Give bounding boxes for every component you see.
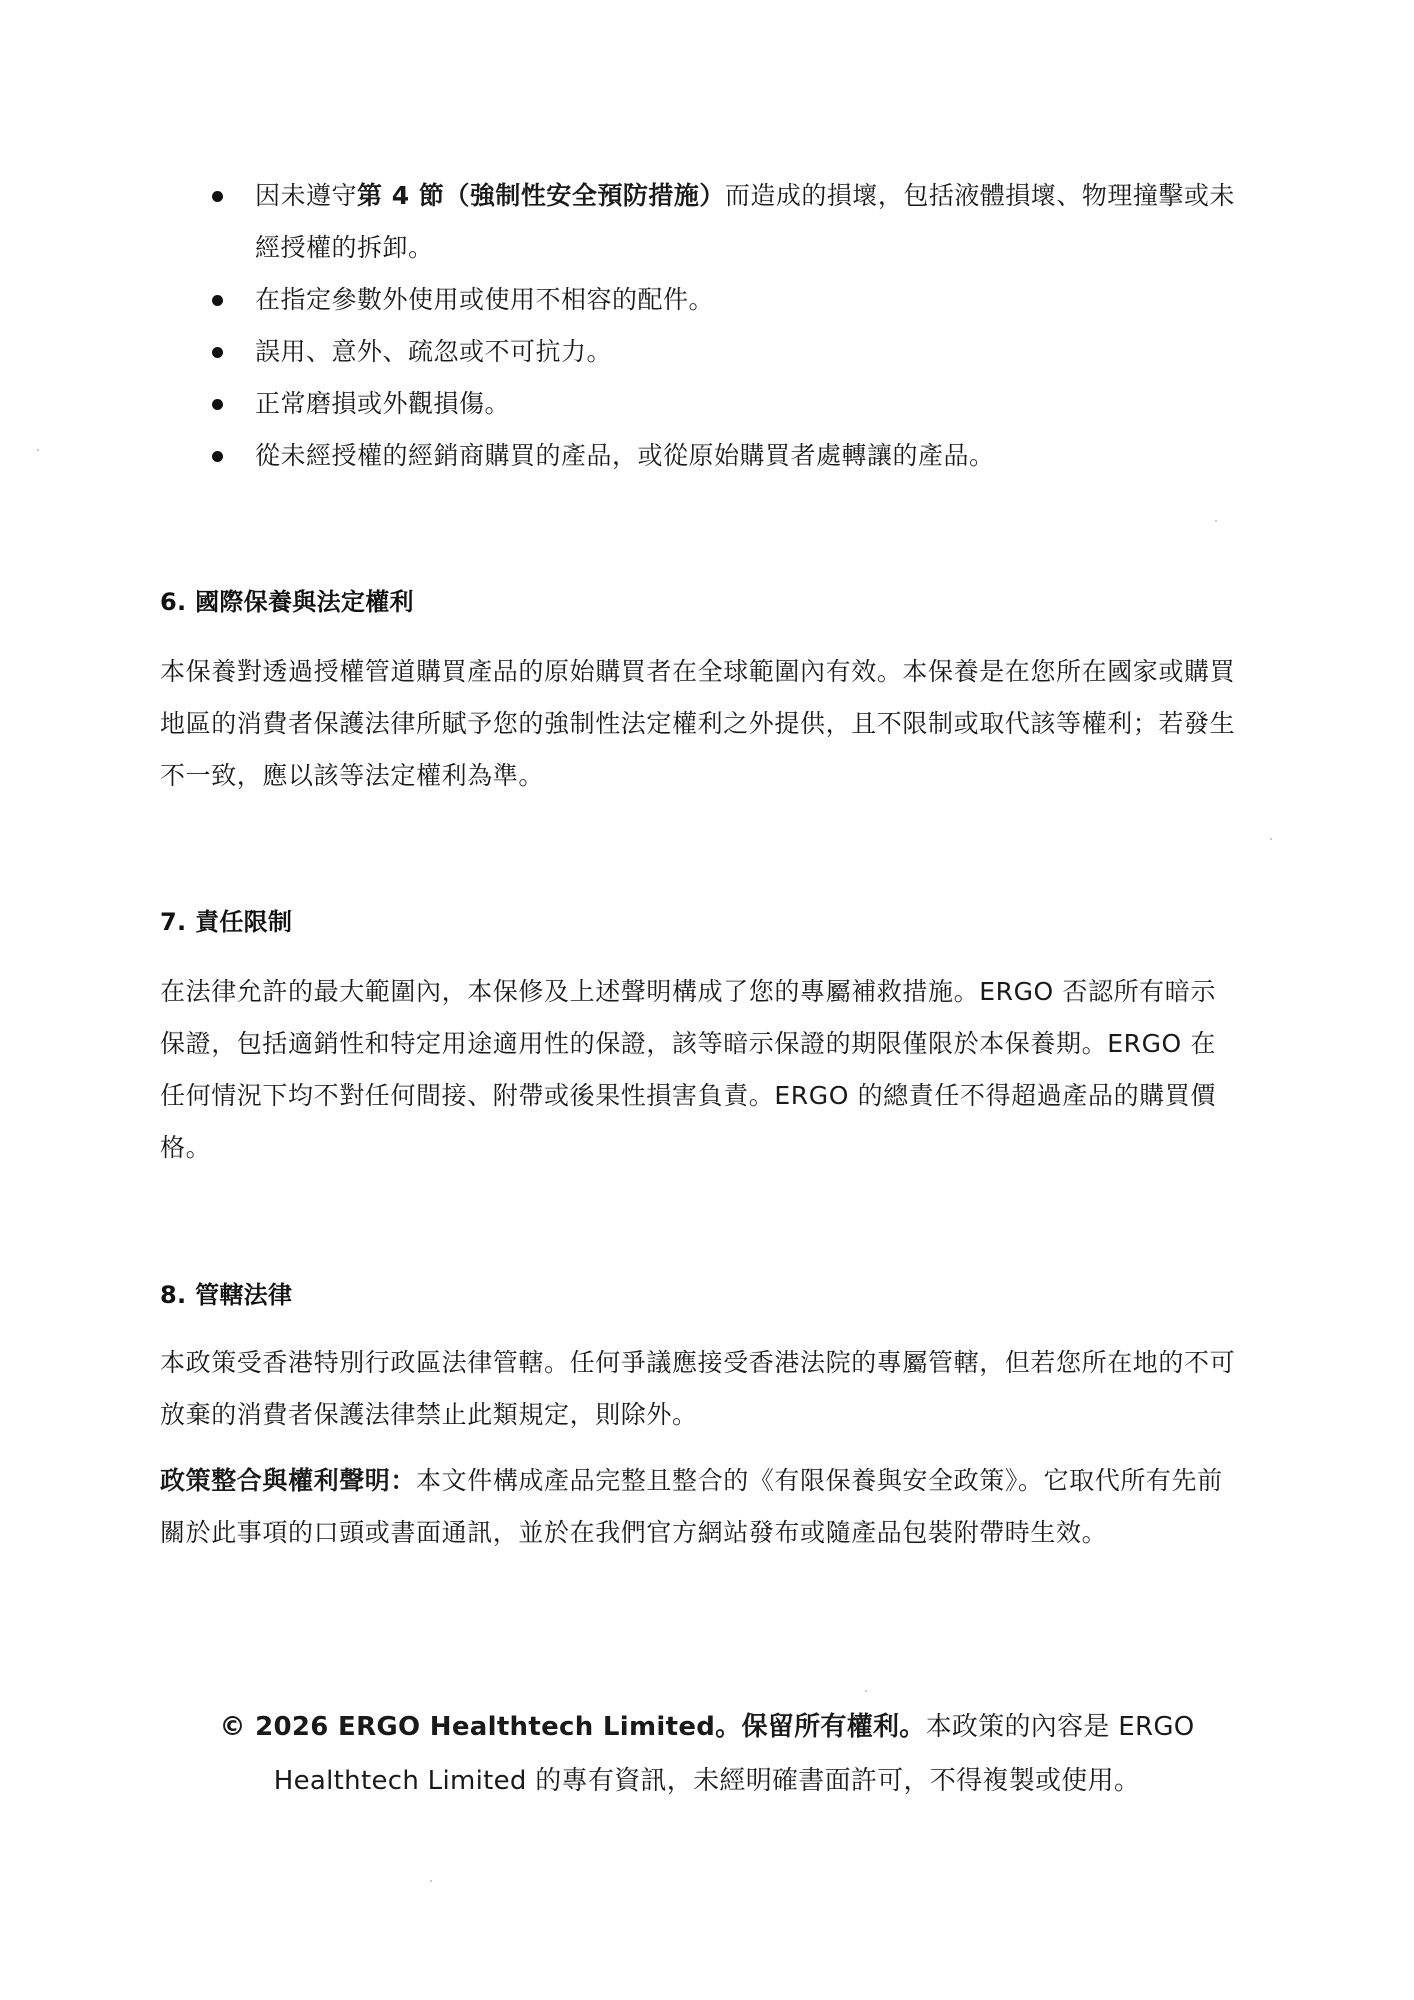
bullet-icon [212, 295, 223, 306]
list-item-bold: 第 4 節（強制性安全預防措施） [357, 181, 725, 210]
list-item: 誤用、意外、疏忽或不可抗力。 [160, 326, 1250, 378]
bullet-icon [212, 191, 223, 202]
list-item-text: 從未經授權的經銷商購買的產品，或從原始購買者處轉讓的產品。 [255, 441, 995, 470]
list-item: 正常磨損或外觀損傷。 [160, 378, 1250, 430]
section-heading-international-warranty: 6. 國際保養與法定權利 [160, 582, 414, 617]
list-item: 在指定參數外使用或使用不相容的配件。 [160, 274, 1250, 326]
section-heading-governing-law: 8. 管轄法律 [160, 1275, 292, 1310]
list-item: 從未經授權的經銷商購買的產品，或從原始購買者處轉讓的產品。 [160, 430, 1250, 482]
policy-note-label: 政策整合與權利聲明： [160, 1466, 416, 1495]
scan-speck [430, 1880, 432, 1882]
scan-speck [1270, 838, 1272, 840]
section-heading-liability: 7. 責任限制 [160, 902, 292, 937]
scan-speck [37, 449, 39, 451]
bullet-icon [212, 399, 223, 410]
exclusions-list: 因未遵守第 4 節（強制性安全預防措施）而造成的損壞，包括液體損壞、物理撞擊或未… [160, 170, 1250, 482]
bullet-icon [212, 451, 223, 462]
section-body-governing-law: 本政策受香港特別行政區法律管轄。任何爭議應接受香港法院的專屬管轄，但若您所在地的… [160, 1337, 1240, 1441]
copyright-bold: © 2026 ERGO Healthtech Limited。保留所有權利。 [219, 1712, 925, 1742]
scan-speck [865, 1690, 867, 1692]
list-item-prefix: 因未遵守 [255, 181, 357, 210]
policy-integration-note: 政策整合與權利聲明：本文件構成產品完整且整合的《有限保養與安全政策》。它取代所有… [160, 1455, 1240, 1559]
section-body-international-warranty: 本保養對透過授權管道購買產品的原始購買者在全球範圍內有效。本保養是在您所在國家或… [160, 646, 1240, 802]
section-body-liability: 在法律允許的最大範圍內，本保修及上述聲明構成了您的專屬補救措施。ERGO 否認所… [160, 966, 1240, 1174]
list-item-text: 正常磨損或外觀損傷。 [255, 389, 510, 418]
scan-speck [1215, 520, 1217, 522]
list-item-text: 誤用、意外、疏忽或不可抗力。 [255, 337, 612, 366]
bullet-icon [212, 347, 223, 358]
copyright-footer: © 2026 ERGO Healthtech Limited。保留所有權利。本政… [200, 1700, 1214, 1808]
document-page: 因未遵守第 4 節（強制性安全預防措施）而造成的損壞，包括液體損壞、物理撞擊或未… [0, 0, 1414, 2000]
list-item: 因未遵守第 4 節（強制性安全預防措施）而造成的損壞，包括液體損壞、物理撞擊或未… [160, 170, 1255, 274]
list-item-text: 在指定參數外使用或使用不相容的配件。 [255, 285, 714, 314]
